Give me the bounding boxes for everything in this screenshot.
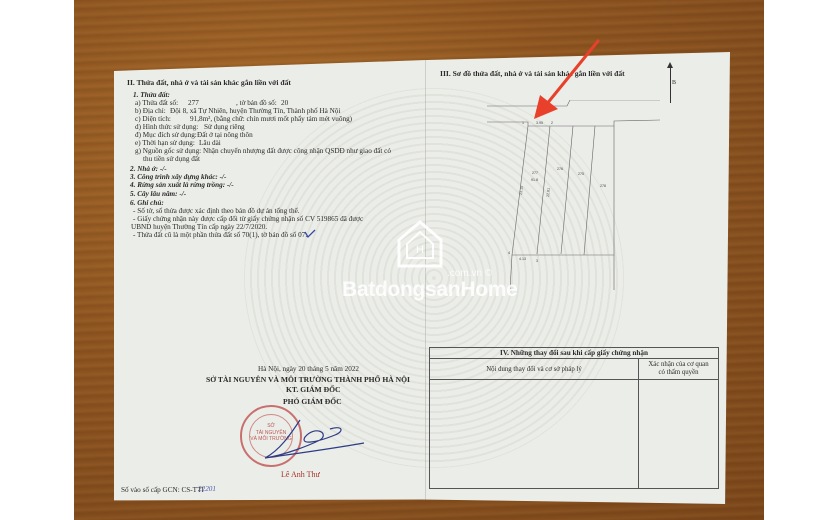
edge-length-label: 23.15 [519, 186, 524, 195]
corner-label: 3 [536, 259, 538, 263]
note-line: - Thửa đất cũ là một phần thửa đất số 70… [133, 232, 307, 239]
col-changes-header: Nội dung thay đổi và cơ sở pháp lý [430, 359, 639, 380]
north-arrowhead-icon [667, 62, 673, 68]
logo-letter: H [416, 244, 424, 256]
parcel-number-label: 277 [532, 171, 538, 175]
section-2-title: II. Thửa đất, nhà ở và tài sản khác gắn … [127, 79, 291, 87]
parcel-number-label: 276 [557, 167, 563, 171]
changes-table: IV. Những thay đổi sau khi cấp giấy chứn… [429, 347, 719, 489]
col-confirmation-header: Xác nhận của cơ quan có thẩm quyền [639, 359, 719, 380]
item-4-forest: 4. Rừng sản xuất là rừng trồng: -/- [130, 182, 234, 189]
issuing-agency: SỞ TÀI NGUYÊN VÀ MÔI TRƯỜNG THÀNH PHỐ HÀ… [206, 376, 410, 384]
checkmark-icon [304, 229, 316, 239]
edge-length-label: 22.81 [546, 188, 551, 197]
parcel-area-label: 91.8 [531, 178, 538, 182]
section-4-title: IV. Những thay đổi sau khi cấp giấy chứn… [430, 348, 719, 359]
col-confirmation-header-line2: có thẩm quyền [658, 369, 698, 376]
north-label: B [672, 80, 676, 86]
confirmation-content-cell [639, 380, 719, 489]
edge-length-label: 4.13 [519, 257, 526, 261]
north-arrow-icon [670, 65, 671, 103]
red-arrow-annotation [520, 35, 610, 125]
register-number-value: 22201 [198, 486, 216, 493]
parcel-diagram: 1 3.95 2 277 91.8 276 275 278 23.15 22.8… [460, 100, 720, 290]
signer-role: PHÓ GIÁM ĐỐC [283, 398, 342, 406]
changes-content-cell [430, 380, 639, 489]
house-logo-icon: H [395, 218, 445, 270]
issue-date: Hà Nội, ngày 20 tháng 5 năm 2022 [258, 366, 359, 373]
on-behalf-director: KT. GIÁM ĐỐC [286, 386, 341, 394]
col-confirmation-header-line1: Xác nhận của cơ quan [648, 361, 708, 368]
parcel-number-label: 275 [578, 172, 584, 176]
corner-label: 4 [508, 251, 510, 255]
usage-origin-value-cont: thu tiền sử dụng đất [143, 156, 200, 163]
usage-origin-value: Nhận chuyển nhượng đất được công nhận QS… [203, 148, 391, 155]
watermark-brand: BatdongsanHome [342, 278, 517, 302]
parcel-number-label: 278 [600, 184, 606, 188]
item-5-perennial-trees: 5. Cây lâu năm: -/- [130, 191, 186, 198]
register-number-label: Số vào sổ cấp GCN: CS-TTI [121, 487, 204, 494]
signer-name: Lê Anh Thư [281, 471, 320, 479]
handwritten-signature [260, 415, 370, 465]
